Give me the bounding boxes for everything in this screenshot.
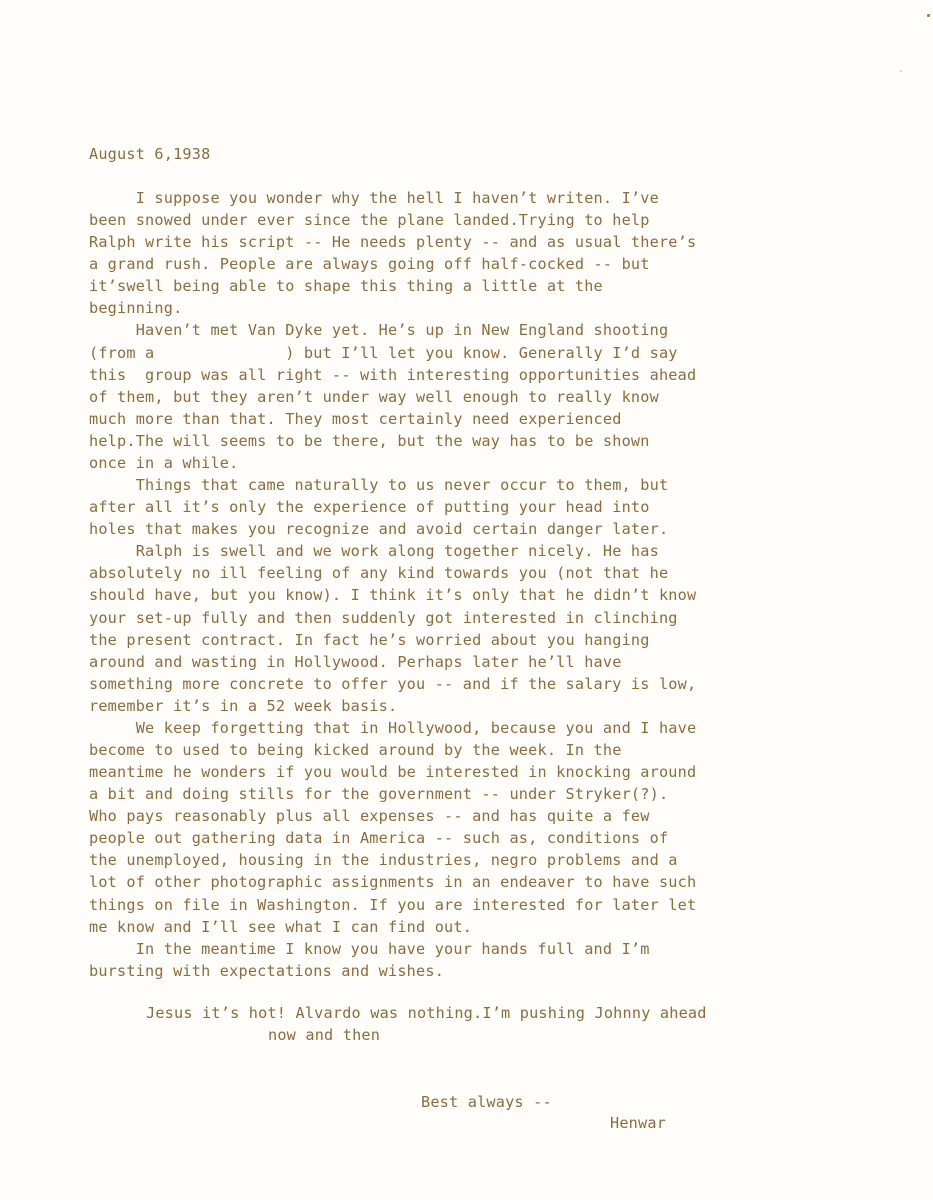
- postscript-line-2: now and then: [268, 1025, 380, 1045]
- letter-line: things on file in Washington. If you are…: [89, 895, 696, 915]
- letter-line: help.The will seems to be there, but the…: [89, 431, 650, 451]
- letter-line: this group was all right -- with interes…: [89, 365, 696, 385]
- letter-line: Ralph write his script -- He needs plent…: [89, 232, 696, 252]
- letter-line: remember it’s in a 52 week basis.: [89, 696, 397, 716]
- letter-line: me know and I’ll see what I can find out…: [89, 917, 472, 937]
- letter-page: August 6,1938 I suppose you wonder why t…: [0, 0, 933, 1200]
- paper-speck: [900, 70, 902, 72]
- letter-line: something more concrete to offer you -- …: [89, 674, 696, 694]
- letter-line: a grand rush. People are always going of…: [89, 254, 650, 274]
- letter-line: lot of other photographic assignments in…: [89, 872, 696, 892]
- letter-line: after all it’s only the experience of pu…: [89, 497, 650, 517]
- letter-line: of them, but they aren’t under way well …: [89, 387, 659, 407]
- letter-line: Who pays reasonably plus all expenses --…: [89, 806, 650, 826]
- letter-line: the unemployed, housing in the industrie…: [89, 850, 678, 870]
- letter-line: We keep forgetting that in Hollywood, be…: [89, 718, 696, 738]
- letter-line: become to used to being kicked around by…: [89, 740, 622, 760]
- letter-line: should have, but you know). I think it’s…: [89, 585, 696, 605]
- letter-line: people out gathering data in America -- …: [89, 828, 668, 848]
- paper-speck: [927, 14, 930, 17]
- letter-line: the present contract. In fact he’s worri…: [89, 630, 650, 650]
- letter-line: around and wasting in Hollywood. Perhaps…: [89, 652, 622, 672]
- letter-line: beginning.: [89, 298, 182, 318]
- letter-line: I suppose you wonder why the hell I have…: [89, 188, 659, 208]
- letter-line: meantime he wonders if you would be inte…: [89, 762, 696, 782]
- letter-line: In the meantime I know you have your han…: [89, 939, 650, 959]
- letter-line: bursting with expectations and wishes.: [89, 961, 444, 981]
- letter-line: much more than that. They most certainly…: [89, 409, 622, 429]
- letter-line: it’swell being able to shape this thing …: [89, 276, 603, 296]
- letter-line: Haven’t met Van Dyke yet. He’s up in New…: [89, 320, 668, 340]
- letter-closing: Best always --: [421, 1092, 552, 1112]
- letter-date: August 6,1938: [89, 144, 210, 164]
- letter-line: a bit and doing stills for the governmen…: [89, 784, 668, 804]
- letter-line: your set-up fully and then suddenly got …: [89, 608, 678, 628]
- postscript-line-1: Jesus it’s hot! Alvardo was nothing.I’m …: [146, 1003, 707, 1023]
- letter-line: holes that makes you recognize and avoid…: [89, 519, 668, 539]
- letter-line: once in a while.: [89, 453, 239, 473]
- letter-line: Things that came naturally to us never o…: [89, 475, 668, 495]
- letter-line: Ralph is swell and we work along togethe…: [89, 541, 659, 561]
- letter-line: been snowed under ever since the plane l…: [89, 210, 650, 230]
- letter-line: (from a ) but I’ll let you know. General…: [89, 343, 678, 363]
- letter-signature: Henwar: [610, 1113, 666, 1133]
- letter-line: absolutely no ill feeling of any kind to…: [89, 563, 668, 583]
